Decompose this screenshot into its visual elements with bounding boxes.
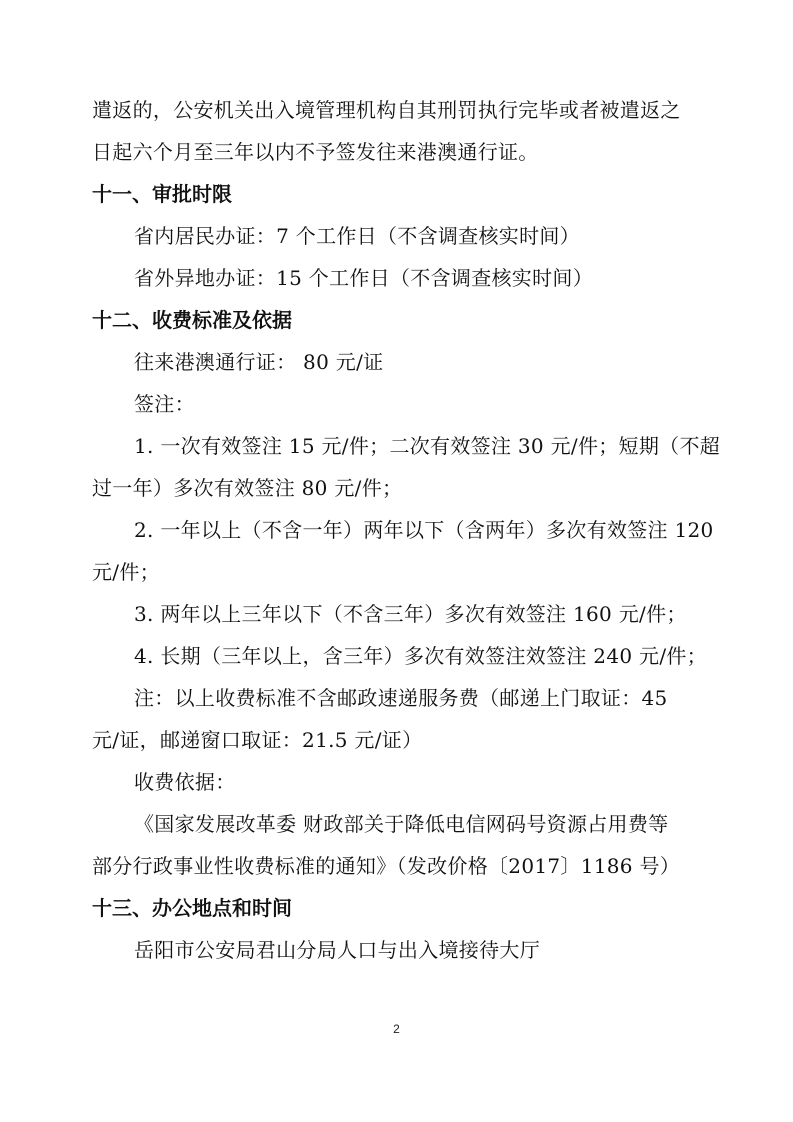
section-heading-office-location: 十三、办公地点和时间 [92, 892, 704, 934]
paragraph-line: 部分行政事业性收费标准的通知》（发改价格〔2017〕1186 号） [92, 850, 704, 892]
paragraph-line: 元/证，邮递窗口取证：21.5 元/证） [92, 724, 704, 766]
continuation-line: 遣返的，公安机关出入境管理机构自其刑罚执行完毕或者被遣返之 [92, 94, 704, 136]
paragraph-line: 1. 一次有效签注 15 元/件；二次有效签注 30 元/件；短期（不超 [92, 430, 704, 472]
page-number: 2 [0, 1022, 793, 1036]
paragraph-line: 省内居民办证：7 个工作日（不含调查核实时间） [92, 220, 704, 262]
paragraph-line: 2. 一年以上（不含一年）两年以下（含两年）多次有效签注 120 [92, 514, 704, 556]
document-page: 遣返的，公安机关出入境管理机构自其刑罚执行完毕或者被遣返之 日起六个月至三年以内… [92, 94, 704, 976]
paragraph-line: 4. 长期（三年以上，含三年）多次有效签注效签注 240 元/件； [92, 640, 704, 682]
paragraph-line: 省外异地办证：15 个工作日（不含调查核实时间） [92, 262, 704, 304]
paragraph-line: 岳阳市公安局君山分局人口与出入境接待大厅 [92, 934, 704, 976]
paragraph-line: 3. 两年以上三年以下（不含三年）多次有效签注 160 元/件； [92, 598, 704, 640]
paragraph-line: 往来港澳通行证： 80 元/证 [92, 346, 704, 388]
paragraph-line: 《国家发展改革委 财政部关于降低电信网码号资源占用费等 [92, 808, 704, 850]
paragraph-line: 收费依据： [92, 766, 704, 808]
paragraph-line: 元/件； [92, 556, 704, 598]
paragraph-line: 注：以上收费标准不含邮政速递服务费（邮递上门取证：45 [92, 682, 704, 724]
continuation-line: 日起六个月至三年以内不予签发往来港澳通行证。 [92, 136, 704, 178]
section-heading-fees: 十二、收费标准及依据 [92, 304, 704, 346]
paragraph-line: 过一年）多次有效签注 80 元/件； [92, 472, 704, 514]
section-heading-approval-time: 十一、审批时限 [92, 178, 704, 220]
paragraph-line: 签注： [92, 388, 704, 430]
